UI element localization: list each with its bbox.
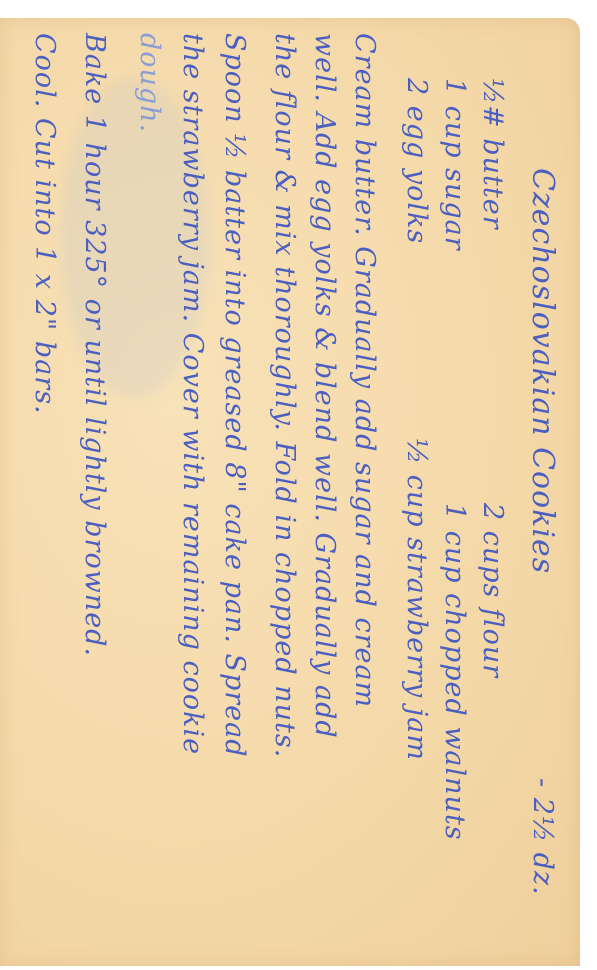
ingredient-left-1: ½# butter — [477, 78, 508, 230]
direction-line-7: Bake 1 hour 325° or until lightly browne… — [79, 33, 110, 657]
direction-line-3: the flour & mix thoroughly. Fold in chop… — [269, 33, 300, 758]
direction-line-1: Cream butter. Gradually add sugar and cr… — [349, 33, 380, 708]
recipe-yield: - 2½ dz. — [527, 778, 558, 896]
rotated-text-layer: Czechoslovakian Cookies - 2½ dz. ½# butt… — [0, 18, 580, 966]
recipe-title: Czechoslovakian Cookies — [525, 168, 560, 574]
ingredient-right-1: 2 cups flour — [477, 503, 508, 678]
ingredient-right-2: 1 cup chopped walnuts — [439, 503, 470, 841]
ingredient-left-3: 2 egg yolks — [401, 78, 432, 244]
ingredient-right-3: ½ cup strawberry jam — [401, 438, 432, 761]
ingredient-left-2: 1 cup sugar — [439, 78, 470, 251]
direction-line-8: Cool. Cut into 1 x 2" bars. — [29, 33, 60, 415]
direction-line-5: the strawberry jam. Cover with remaining… — [177, 33, 208, 755]
direction-line-6: dough. — [134, 33, 165, 133]
recipe-card: Czechoslovakian Cookies - 2½ dz. ½# butt… — [0, 18, 580, 966]
direction-line-4: Spoon ½ batter into greased 8" cake pan.… — [219, 33, 250, 758]
direction-line-2: well. Add egg yolks & blend well. Gradua… — [309, 33, 340, 739]
